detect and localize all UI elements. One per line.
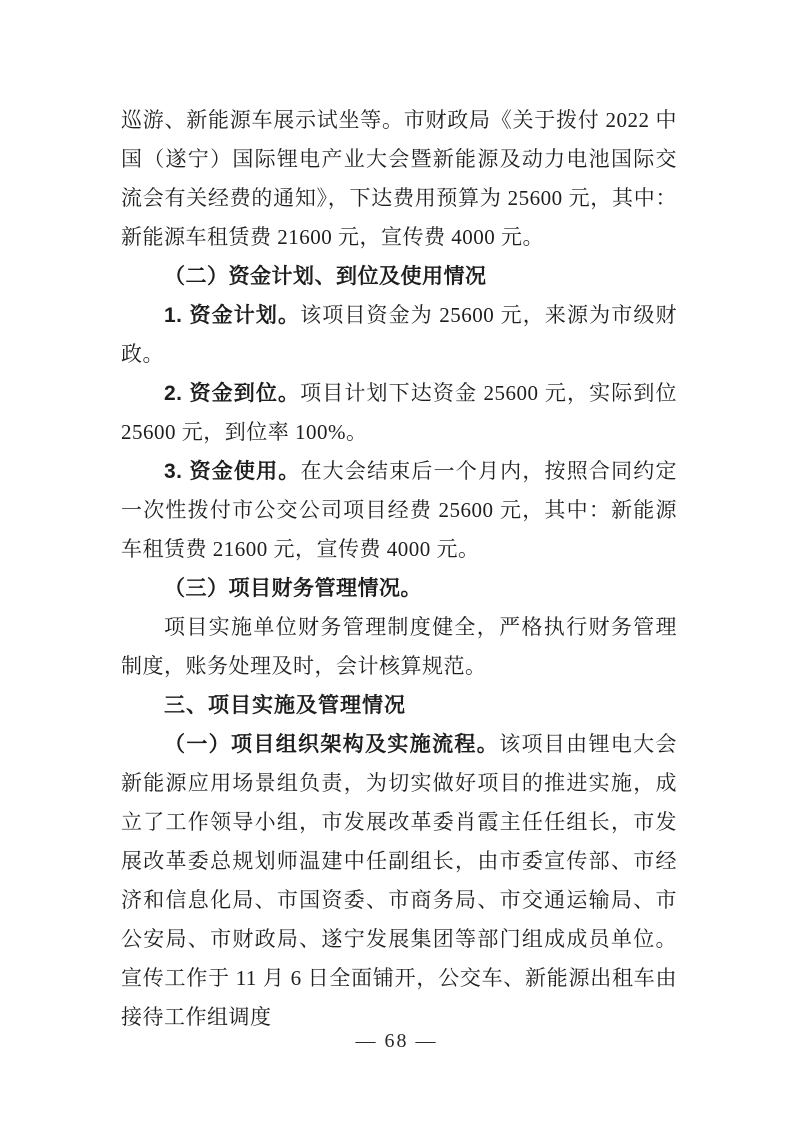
fund-arrival-lead: 2. 资金到位。 [164,382,300,405]
paragraph-fund-plan: 1. 资金计划。该项目资金为 25600 元，来源为市级财政。 [121,296,677,374]
paragraph-finance-management: 项目实施单位财务管理制度健全，严格执行财务管理制度，账务处理及时，会计核算规范。 [121,608,677,686]
organization-text: 该项目由锂电大会新能源应用场景组负责，为切实做好项目的推进实施，成立了工作领导小… [121,732,677,1029]
paragraph-organization: （一）项目组织架构及实施流程。该项目由锂电大会新能源应用场景组负责，为切实做好项… [121,725,677,1037]
heading-section-finance-management: （三）项目财务管理情况。 [121,569,677,608]
heading-section-funds: （二）资金计划、到位及使用情况 [121,257,677,296]
heading-chapter-implementation: 三、项目实施及管理情况 [121,686,677,725]
paragraph-intro-continuation: 巡游、新能源车展示试坐等。市财政局《关于拨付 2022 中国（遂宁）国际锂电产业… [121,101,677,257]
document-body: 巡游、新能源车展示试坐等。市财政局《关于拨付 2022 中国（遂宁）国际锂电产业… [121,101,677,1037]
paragraph-fund-usage: 3. 资金使用。在大会结束后一个月内，按照合同约定一次性拨付市公交公司项目经费 … [121,452,677,569]
page-number: — 68 — [0,1030,793,1053]
document-page: 巡游、新能源车展示试坐等。市财政局《关于拨付 2022 中国（遂宁）国际锂电产业… [0,0,793,1122]
fund-usage-lead: 3. 资金使用。 [164,460,300,483]
paragraph-fund-arrival: 2. 资金到位。项目计划下达资金 25600 元，实际到位 25600 元，到位… [121,374,677,452]
organization-lead: （一）项目组织架构及实施流程。 [164,732,499,756]
fund-plan-lead: 1. 资金计划。 [164,304,300,327]
